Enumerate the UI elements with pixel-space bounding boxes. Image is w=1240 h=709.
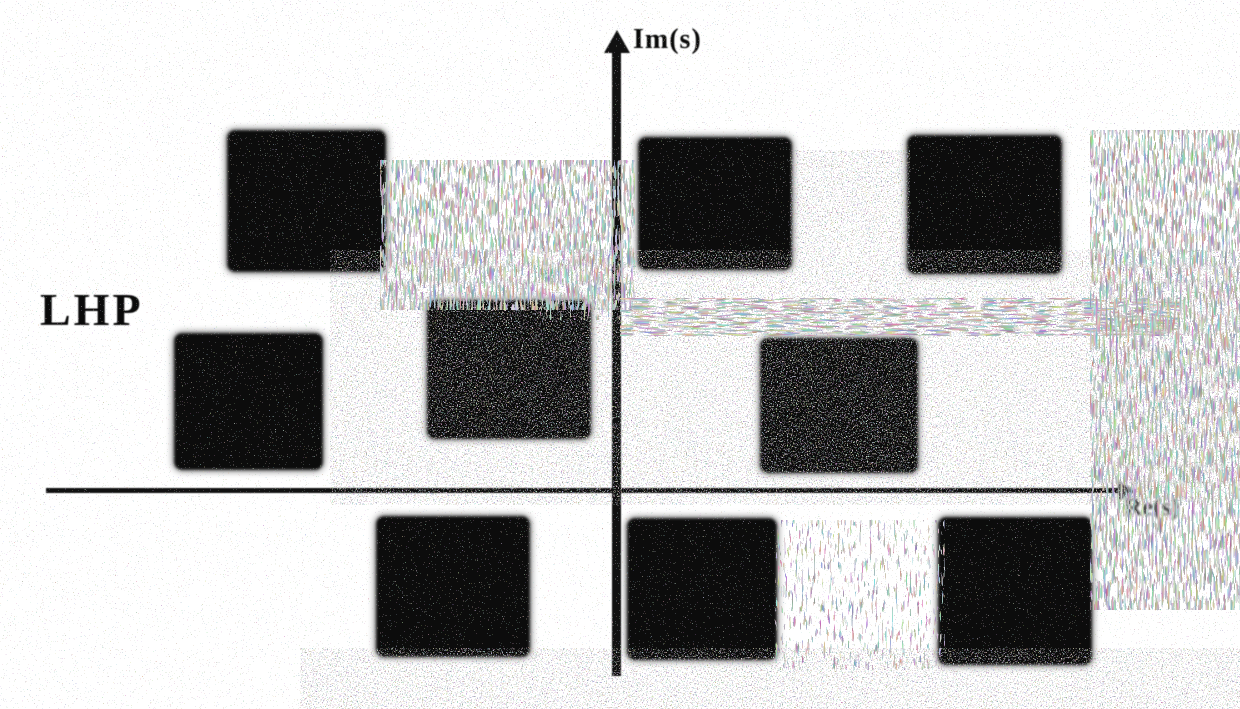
response-thumbnail-box-mid-left [175,334,322,469]
real-axis-label: Re(s) [1124,494,1180,522]
response-thumbnail-box-upper-right-near-axis [639,138,791,269]
imaginary-axis-label: Im(s) [633,24,702,56]
response-thumbnail-box-lower-right-of-axis [628,519,776,659]
response-thumbnail-box-upper-left [228,131,385,271]
response-thumbnail-box-mid-right [761,339,917,472]
imaginary-axis [612,50,621,676]
response-thumbnail-box-lower-left-of-axis [377,517,529,656]
real-axis [46,488,1118,493]
response-thumbnail-box-lower-far-right [939,518,1091,664]
scanned-splane-figure: Im(s) Re(s) LHP [0,0,1240,709]
response-thumbnail-box-upper-far-right [908,136,1061,273]
response-thumbnail-box-mid-center-left [428,301,590,438]
imaginary-axis-arrowhead-icon [604,30,630,53]
left-half-plane-label: LHP [40,283,144,336]
